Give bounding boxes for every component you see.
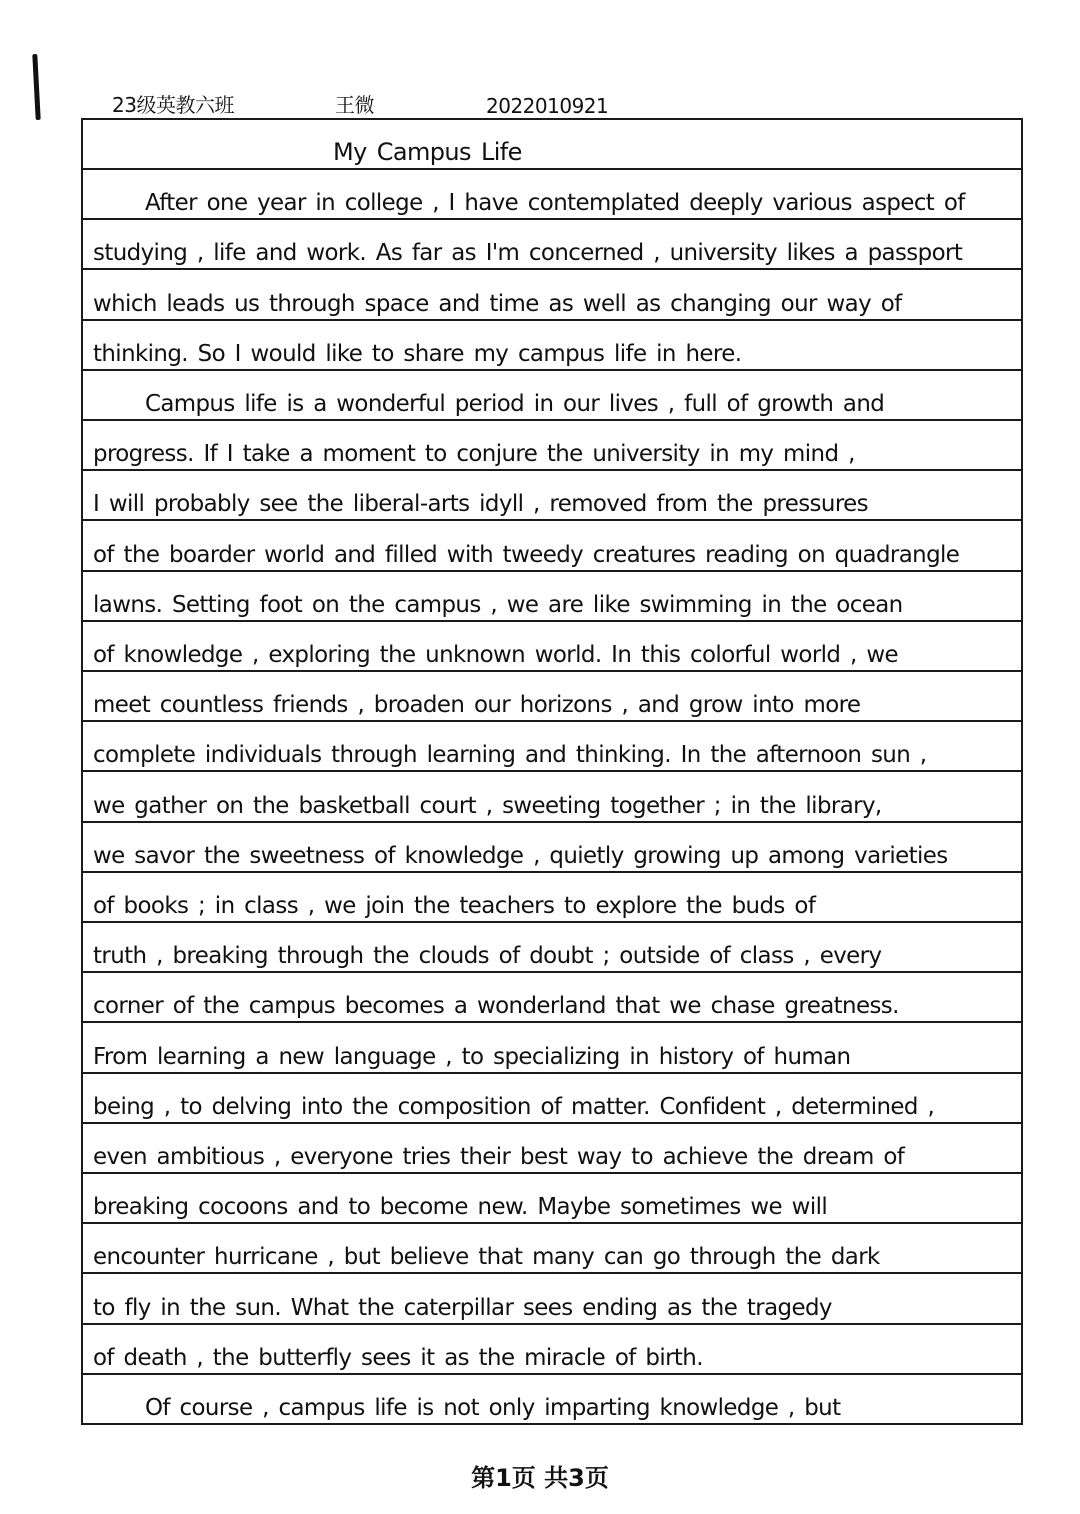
essay-line: we gather on the basketball court , swee… [83, 773, 1021, 823]
essay-line: Campus life is a wonderful period in our… [83, 371, 1021, 421]
essay-line-text: even ambitious , everyone tries their be… [93, 1144, 1015, 1170]
student-id: 2022010921 [486, 94, 608, 118]
essay-line-text: which leads us through space and time as… [93, 291, 1015, 317]
class-label: 23级英教六班 [112, 89, 234, 118]
essay-line-text: we savor the sweetness of knowledge , qu… [93, 843, 1015, 869]
essay-line-text: thinking. So I would like to share my ca… [93, 341, 1015, 367]
essay-line-text: encounter hurricane , but believe that m… [93, 1244, 1015, 1270]
essay-line-text: breaking cocoons and to become new. Mayb… [93, 1194, 1015, 1220]
essay-line-text: of books ; in class , we join the teache… [93, 893, 1015, 919]
lined-writing-sheet: My Campus Life After one year in college… [81, 118, 1023, 1425]
essay-line: we savor the sweetness of knowledge , qu… [83, 823, 1021, 873]
essay-line: of the boarder world and filled with twe… [83, 522, 1021, 572]
essay-line: encounter hurricane , but believe that m… [83, 1224, 1021, 1274]
essay-line: complete individuals through learning an… [83, 722, 1021, 772]
page-indicator: 第1页 共3页 [0, 1458, 1080, 1493]
essay-line: breaking cocoons and to become new. Mayb… [83, 1174, 1021, 1224]
essay-title: My Campus Life [333, 138, 1019, 166]
essay-line: From learning a new language , to specia… [83, 1024, 1021, 1074]
essay-line: meet countless friends , broaden our hor… [83, 672, 1021, 722]
essay-line: thinking. So I would like to share my ca… [83, 321, 1021, 371]
essay-line-text: truth , breaking through the clouds of d… [93, 943, 1015, 969]
essay-title-row: My Campus Life [83, 120, 1021, 170]
student-info-header: 23级英教六班 王微 2022010921 [0, 88, 1080, 118]
essay-line-text: of the boarder world and filled with twe… [93, 542, 1015, 568]
essay-line: corner of the campus becomes a wonderlan… [83, 973, 1021, 1023]
essay-line-text: I will probably see the liberal-arts idy… [93, 491, 1015, 517]
essay-line-text: to fly in the sun. What the caterpillar … [93, 1295, 1015, 1321]
essay-line: After one year in college , I have conte… [83, 170, 1021, 220]
essay-line-text: meet countless friends , broaden our hor… [93, 692, 1015, 718]
essay-line-text: Of course , campus life is not only impa… [145, 1395, 1015, 1421]
essay-line-text: After one year in college , I have conte… [145, 190, 1015, 216]
essay-line-text: lawns. Setting foot on the campus , we a… [93, 592, 1015, 618]
essay-line: to fly in the sun. What the caterpillar … [83, 1275, 1021, 1325]
essay-line: studying , life and work. As far as I'm … [83, 220, 1021, 270]
essay-line-text: From learning a new language , to specia… [93, 1044, 1015, 1070]
essay-line-text: being , to delving into the composition … [93, 1094, 1015, 1120]
essay-line: I will probably see the liberal-arts idy… [83, 471, 1021, 521]
student-name: 王微 [335, 89, 374, 118]
essay-line: which leads us through space and time as… [83, 271, 1021, 321]
essay-line-text: of knowledge , exploring the unknown wor… [93, 642, 1015, 668]
essay-line: even ambitious , everyone tries their be… [83, 1124, 1021, 1174]
essay-line: Of course , campus life is not only impa… [83, 1375, 1021, 1425]
essay-line-text: progress. If I take a moment to conjure … [93, 441, 1015, 467]
essay-line: progress. If I take a moment to conjure … [83, 421, 1021, 471]
essay-line: lawns. Setting foot on the campus , we a… [83, 572, 1021, 622]
essay-line-text: corner of the campus becomes a wonderlan… [93, 993, 1015, 1019]
essay-line: of books ; in class , we join the teache… [83, 873, 1021, 923]
essay-line: of death , the butterfly sees it as the … [83, 1325, 1021, 1375]
essay-line-text: of death , the butterfly sees it as the … [93, 1345, 1015, 1371]
essay-line-text: studying , life and work. As far as I'm … [93, 240, 1015, 266]
essay-line-text: Campus life is a wonderful period in our… [145, 391, 1015, 417]
essay-line: truth , breaking through the clouds of d… [83, 923, 1021, 973]
essay-line-text: complete individuals through learning an… [93, 742, 1015, 768]
essay-line: of knowledge , exploring the unknown wor… [83, 622, 1021, 672]
essay-line: being , to delving into the composition … [83, 1074, 1021, 1124]
essay-line-text: we gather on the basketball court , swee… [93, 793, 1015, 819]
